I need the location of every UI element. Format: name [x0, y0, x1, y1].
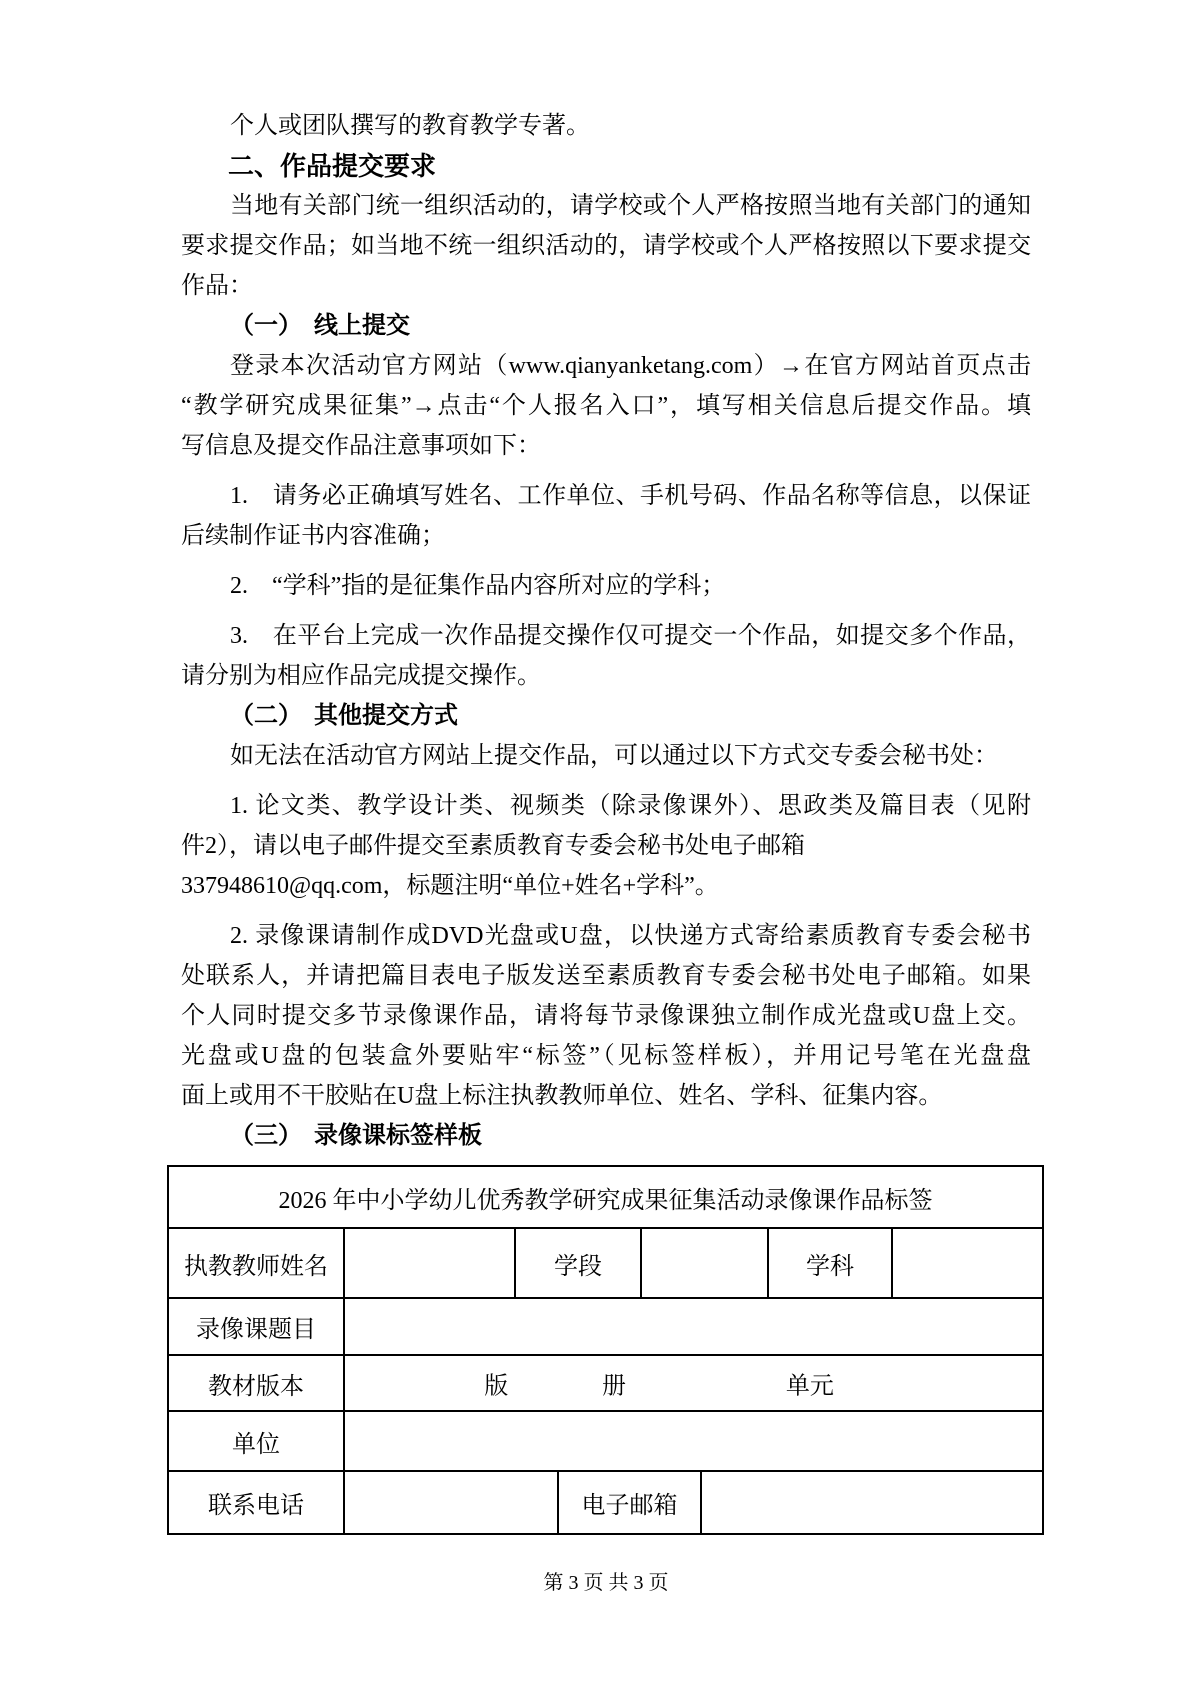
volume-label: 册 — [602, 1366, 626, 1401]
table-row-textbook: 教材版本 版 册 单元 — [169, 1354, 1042, 1410]
numbered-item-2: 2. “学科”指的是征集作品内容所对应的学科； — [181, 566, 1031, 606]
table-row-contact: 联系电话 电子邮箱 — [169, 1470, 1042, 1533]
doc-line: 光盘或U盘的包装盒外要贴牢“标签”（见标签样板），并用记号笔在光盘盘 — [181, 1036, 1031, 1076]
email-blank-cell — [700, 1472, 1042, 1533]
phone-label: 联系电话 — [169, 1472, 343, 1533]
document-body: 个人或团队撰写的教育教学专著。 二、作品提交要求 当地有关部门统一组织活动的，请… — [0, 0, 1191, 1603]
doc-line: 登录本次活动官方网站（www.qianyanketang.com）→在官方网站首… — [181, 346, 1031, 386]
doc-line: 写信息及提交作品注意事项如下： — [181, 426, 1031, 466]
doc-line: 面上或用不干胶贴在U盘上标注执教教师单位、姓名、学科、征集内容。 — [181, 1076, 1031, 1116]
stage-blank-cell — [640, 1229, 767, 1297]
doc-line: 请分别为相应作品完成提交操作。 — [181, 656, 1031, 696]
numbered-item-3: 3. 在平台上完成一次作品提交操作仅可提交一个作品，如提交多个作品， — [181, 616, 1031, 656]
course-title-label: 录像课题目 — [169, 1299, 343, 1354]
section-heading-2: 二、作品提交要求 — [181, 146, 1031, 186]
doc-line: 处联系人，并请把篇目表电子版发送至素质教育专委会秘书处电子邮箱。如果 — [181, 956, 1031, 996]
doc-line-email: 337948610@qq.com，标题注明“单位+姓名+学科”。 — [181, 866, 1031, 906]
page-footer: 第 3 页 共 3 页 — [181, 1563, 1031, 1603]
subsection-heading-other-submission: （二） 其他提交方式 — [181, 696, 1031, 736]
edition-label: 版 — [484, 1366, 508, 1401]
doc-line: 个人同时提交多节录像课作品，请将每节录像课独立制作成光盘或U盘上交。 — [181, 996, 1031, 1036]
doc-line: 当地有关部门统一组织活动的，请学校或个人严格按照当地有关部门的通知 — [181, 186, 1031, 226]
doc-line: 作品： — [181, 266, 1031, 306]
table-row-teacher: 执教教师姓名 学段 学科 — [169, 1227, 1042, 1297]
table-row-work-unit: 单位 — [169, 1410, 1042, 1470]
doc-line: 要求提交作品；如当地不统一组织活动的，请学校或个人严格按照以下要求提交 — [181, 226, 1031, 266]
teacher-name-blank-cell — [343, 1229, 514, 1297]
doc-line: 如无法在活动官方网站上提交作品，可以通过以下方式交专委会秘书处： — [181, 736, 1031, 776]
teacher-name-label: 执教教师姓名 — [169, 1229, 343, 1297]
table-row-course-title: 录像课题目 — [169, 1297, 1042, 1354]
subsection-heading-online-submission: （一） 线上提交 — [181, 306, 1031, 346]
subject-label: 学科 — [767, 1229, 891, 1297]
doc-line: 个人或团队撰写的教育教学专著。 — [181, 106, 1031, 146]
unit-label: 单元 — [786, 1366, 834, 1401]
subsection-heading-label-sample: （三） 录像课标签样板 — [181, 1116, 1031, 1156]
textbook-label: 教材版本 — [169, 1356, 343, 1410]
work-unit-label: 单位 — [169, 1412, 343, 1470]
doc-line: 后续制作证书内容准确； — [181, 516, 1031, 556]
stage-label: 学段 — [514, 1229, 640, 1297]
document-page: 个人或团队撰写的教育教学专著。 二、作品提交要求 当地有关部门统一组织活动的，请… — [0, 0, 1191, 1684]
course-title-blank-cell — [343, 1299, 1042, 1354]
phone-blank-cell — [343, 1472, 557, 1533]
doc-line: 件2），请以电子邮件提交至素质教育专委会秘书处电子邮箱 — [181, 826, 1031, 866]
numbered-item-2b: 2. 录像课请制作成DVD光盘或U盘，以快递方式寄给素质教育专委会秘书 — [181, 916, 1031, 956]
numbered-item-1: 1. 请务必正确填写姓名、工作单位、手机号码、作品名称等信息，以保证 — [181, 476, 1031, 516]
doc-line: “教学研究成果征集”→点击“个人报名入口”，填写相关信息后提交作品。填 — [181, 386, 1031, 426]
video-lesson-label-table: 2026 年中小学幼儿优秀教学研究成果征集活动录像课作品标签 执教教师姓名 学段… — [167, 1165, 1044, 1535]
subject-blank-cell — [891, 1229, 1042, 1297]
textbook-detail-cell: 版 册 单元 — [343, 1356, 1042, 1410]
table-title: 2026 年中小学幼儿优秀教学研究成果征集活动录像课作品标签 — [169, 1180, 1042, 1215]
table-title-row: 2026 年中小学幼儿优秀教学研究成果征集活动录像课作品标签 — [169, 1167, 1042, 1227]
work-unit-blank-cell — [343, 1412, 1042, 1470]
numbered-item-1b: 1. 论文类、教学设计类、视频类（除录像课外）、思政类及篇目表（见附 — [181, 786, 1031, 826]
email-label: 电子邮箱 — [557, 1472, 700, 1533]
